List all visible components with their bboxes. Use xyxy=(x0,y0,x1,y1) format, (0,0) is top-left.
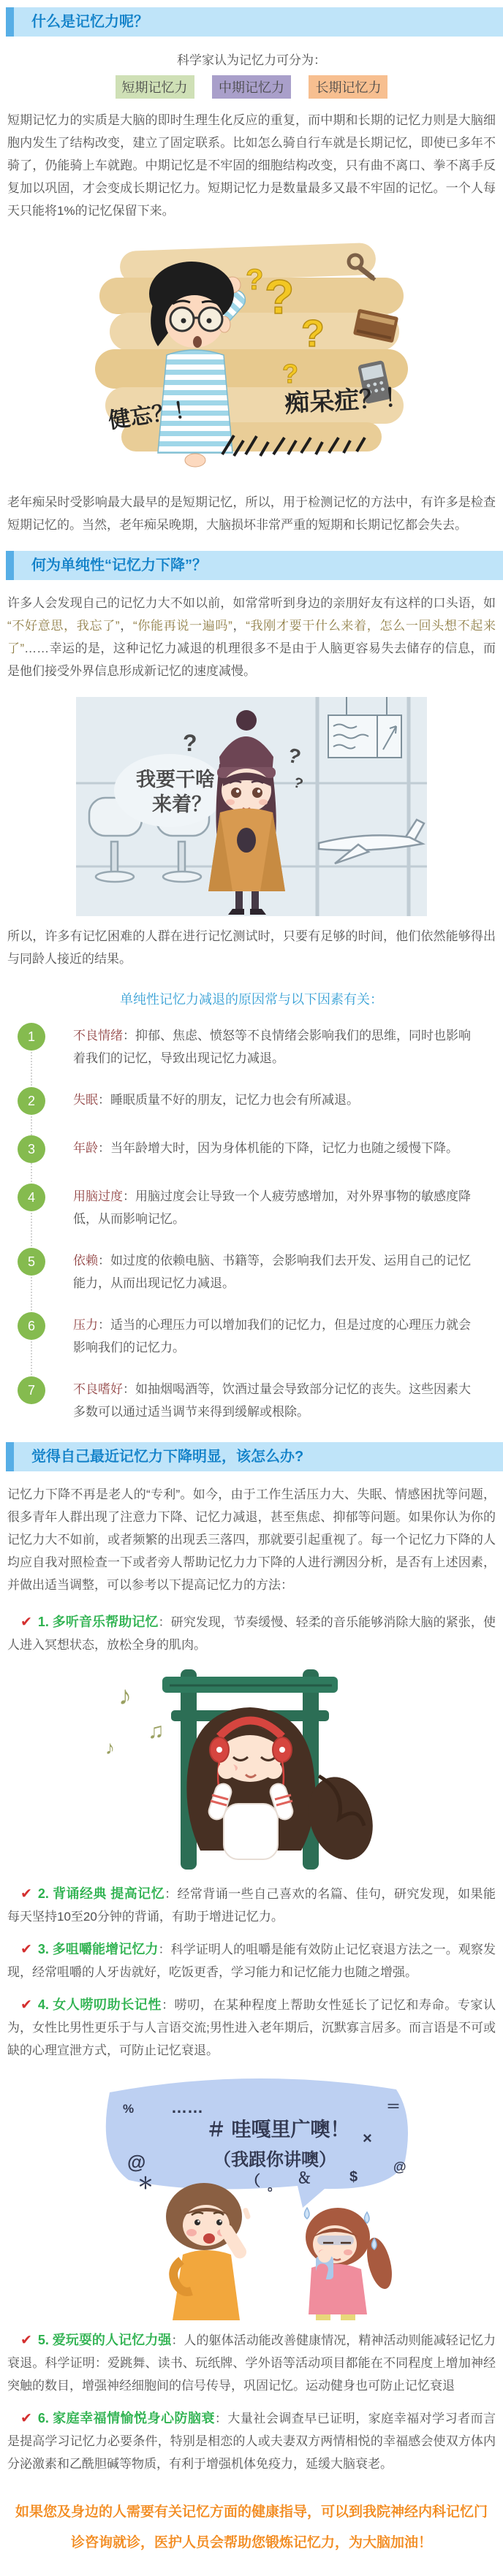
girl-figure xyxy=(186,1707,382,1868)
svg-text:?: ? xyxy=(183,730,197,756)
section-header-simple-decline: 何为单纯性“记忆力下降”？ xyxy=(6,551,503,580)
section-header-what-is-memory: 什么是记忆力呢？ xyxy=(6,7,503,37)
talking-woman xyxy=(166,2183,251,2320)
svg-text:?: ? xyxy=(246,264,263,296)
quoted-phrase: “不好意思，我忘了” xyxy=(7,619,120,633)
factor-number-badge: 4 xyxy=(18,1184,45,1211)
factor-number-badge: 6 xyxy=(18,1312,45,1340)
factor-desc: ：适当的心理压力可以增加我们的记忆力，但是过度的心理压力就会影响我们的记忆力。 xyxy=(73,1318,471,1354)
factor-item-overuse-brain: 4 用脑过度：用脑过度会让导致一个人疲劳感增加，对外界事物的敏感度降低，从而影响… xyxy=(0,1185,503,1230)
svg-text:♫: ♫ xyxy=(148,1719,164,1743)
tag-mid-term-memory: 中期记忆力 xyxy=(212,75,291,99)
tip-number: 5. xyxy=(38,2333,49,2347)
factor-desc: ：抑郁、焦虑、愤怒等不良情绪会影响我们的思维，同时也影响着我们的记忆，导致出现记… xyxy=(73,1029,471,1065)
factors-intro-text: 单纯性记忆力减退的原因常与以下因素有关： xyxy=(0,989,503,1008)
text-run: ……幸运的是，这种记忆力减退的机理很多不是由于人脑更容易失去储存的信息，而是他们… xyxy=(7,641,496,678)
tip-title: 多咀嚼能增记忆力 xyxy=(53,1942,159,1956)
checkmark-icon: ✔ xyxy=(7,1942,38,1957)
section-title: 何为单纯性“记忆力下降”？ xyxy=(31,557,503,573)
svg-text:＝: ＝ xyxy=(386,2099,401,2115)
factor-desc: ：睡眠质量不好的朋友，记忆力也会有所减退。 xyxy=(98,1093,359,1107)
illustration-listening-music: ♪ ♫ ♪ xyxy=(83,1666,420,1874)
tip-title: 多听音乐帮助记忆 xyxy=(53,1615,159,1629)
paragraph-memory-definition: 短期记忆力的实质是大脑的即时生理生化反应的重复，而中期和长期的记忆力则是大脑细胞… xyxy=(7,109,496,222)
svg-text:♪: ♪ xyxy=(105,1737,115,1758)
factor-number-badge: 3 xyxy=(18,1135,45,1163)
factor-number-badge: 7 xyxy=(18,1376,45,1404)
factor-number-badge: 5 xyxy=(18,1248,45,1276)
svg-text:（我跟你讲噢）: （我跟你讲噢） xyxy=(213,2149,336,2170)
factor-item-insomnia: 2 失眠：睡眠质量不好的朋友，记忆力也会有所减退。 xyxy=(0,1089,503,1118)
factor-desc: ：用脑过度会让导致一个人疲劳感增加，对外界事物的敏感度降低，从而影响记忆。 xyxy=(73,1189,471,1226)
svg-text:?: ? xyxy=(265,270,294,324)
svg-text:♪: ♪ xyxy=(118,1680,132,1710)
factors-list: 1 不良情绪：抑郁、焦虑、愤怒等不良情绪会影响我们的思维，同时也影响着我们的记忆… xyxy=(0,1024,503,1423)
svg-text:@: @ xyxy=(127,2151,145,2173)
tip-number: 1. xyxy=(38,1615,49,1629)
svg-text:%: % xyxy=(123,2102,134,2116)
svg-text:＃ 哇嘎里广噢！: ＃ 哇嘎里广噢！ xyxy=(206,2119,350,2141)
illustration-chatting-women: ＃ 哇嘎里广噢！ （我跟你讲噢） % @ …… ＊ ＆ $ ＝ × （ 。 @ xyxy=(83,2072,420,2320)
quoted-phrase: “你能再说一遍吗” xyxy=(133,619,232,633)
tag-short-term-memory: 短期记忆力 xyxy=(116,75,194,99)
checkmark-icon: ✔ xyxy=(7,2333,38,2348)
svg-text:。: 。 xyxy=(268,2179,281,2193)
paragraph-young-people-decline: 记忆力下降不再是老人的“专利”。如今，由于工作生活压力大、失眠、情感困扰等问题，… xyxy=(7,1483,496,1596)
factor-desc: ：当年龄增大时，因为身体机能的下降，记忆力也随之缓慢下降。 xyxy=(98,1141,458,1155)
svg-text:我要干啥: 我要干啥 xyxy=(136,768,215,790)
factor-term: 不良情绪 xyxy=(73,1029,123,1043)
text-run: ， xyxy=(120,619,133,633)
svg-text:来着？: 来着？ xyxy=(152,793,211,815)
checkmark-icon: ✔ xyxy=(7,2411,38,2426)
checkmark-icon: ✔ xyxy=(7,1615,38,1630)
listening-woman xyxy=(305,2208,397,2320)
tip-item-music: ✔1. 多听音乐帮助记忆：研究发现，节奏缓慢、轻柔的音乐能够消除大脑的紧张，使人… xyxy=(7,1611,496,1656)
svg-text:?: ? xyxy=(282,359,298,389)
tip-number: 2. xyxy=(38,1886,49,1901)
section-header-what-to-do: 觉得自己最近记忆力下降明显，该怎么办? xyxy=(6,1442,503,1471)
music-notes: ♪ ♫ ♪ xyxy=(105,1680,164,1758)
svg-text:$: $ xyxy=(349,2169,358,2185)
paragraph-memory-test: 所以，许多有记忆困难的人群在进行记忆测试时，只要有足够的时间，他们依然能够得出与… xyxy=(7,925,496,970)
checkmark-icon: ✔ xyxy=(7,1997,38,2013)
lead-text: 科学家认为记忆力可分为： xyxy=(0,50,503,68)
tip-number: 6. xyxy=(38,2411,49,2426)
tip-item-nagging: ✔4. 女人唠叨助长记性：唠叨，在某种程度上帮助女性延长了记忆和寿命。专家认为，… xyxy=(7,1994,496,2062)
section-title: 什么是记忆力呢？ xyxy=(31,14,503,30)
factor-term: 用脑过度 xyxy=(73,1189,123,1203)
paragraph-common-phrases: 许多人会发现自己的记忆力大不如以前，如常常听到身边的亲朋好友有这样的口头语，如“… xyxy=(7,592,496,682)
svg-text:@: @ xyxy=(393,2160,406,2174)
article-page: 什么是记忆力呢？ 科学家认为记忆力可分为： 短期记忆力 中期记忆力 长期记忆力 … xyxy=(0,0,503,2576)
illustration-forgetful-boy: ? ? ? ? xyxy=(69,237,434,482)
memory-type-tags: 短期记忆力 中期记忆力 长期记忆力 xyxy=(0,75,503,99)
tip-item-chewing: ✔3. 多咀嚼能增记忆力：科学证明人的咀嚼是能有效防止记忆衰退方法之一。观察发现… xyxy=(7,1938,496,1984)
checkmark-icon: ✔ xyxy=(7,1886,38,1902)
tip-title: 爱玩耍的人记忆力强 xyxy=(53,2333,172,2347)
factor-item-bad-mood: 1 不良情绪：抑郁、焦虑、愤怒等不良情绪会影响我们的思维，同时也影响着我们的记忆… xyxy=(0,1024,503,1070)
factor-term: 压力 xyxy=(73,1318,98,1332)
factor-term: 不良嗜好 xyxy=(73,1382,123,1396)
svg-text:＆: ＆ xyxy=(297,2171,311,2187)
tip-item-happy-family: ✔6. 家庭幸福情愉悦身心防脑衰：大量社会调查早已证明，家庭幸福对学习者而言是提… xyxy=(7,2407,496,2475)
speech-cloud xyxy=(114,754,225,827)
tip-number: 4. xyxy=(38,1997,49,2012)
factor-number-badge: 2 xyxy=(18,1087,45,1115)
factor-item-stress: 6 压力：适当的心理压力可以增加我们的记忆力，但是过度的心理压力就会影响我们的记… xyxy=(0,1314,503,1359)
factor-term: 年龄 xyxy=(73,1141,98,1155)
paragraph-dementia-short-term: 老年痴呆时受影响最大最早的是短期记忆，所以，用于检测记忆的方法中，有许多是检查短… xyxy=(7,491,496,536)
factor-desc: ：如过度的依赖电脑、书籍等，会影响我们去开发、运用自己的记忆能力，从而出现记忆力… xyxy=(73,1254,471,1290)
tip-title: 背诵经典 提高记忆 xyxy=(53,1886,164,1901)
tip-item-recite: ✔2. 背诵经典 提高记忆：经常背诵一些自己喜欢的名篇、佳句，研究发现，如果能每… xyxy=(7,1883,496,1928)
factor-term: 失眠 xyxy=(73,1093,98,1107)
svg-text:……: …… xyxy=(171,2098,203,2116)
text-run: 许多人会发现自己的记忆力大不如以前，如常常听到身边的亲朋好友有这样的口头语，如 xyxy=(7,596,496,610)
tip-item-playful: ✔5. 爱玩耍的人记忆力强：人的躯体活动能改善健康情况，精神活动则能减轻记忆力衰… xyxy=(7,2329,496,2397)
tip-title: 女人唠叨助长记性 xyxy=(53,1997,162,2012)
factor-item-age: 3 年龄：当年龄增大时，因为身体机能的下降，记忆力也随之缓慢下降。 xyxy=(0,1137,503,1166)
illustration-airport-forgetting: 我要干啥 来着？ ? ? ? xyxy=(76,697,427,916)
tip-number: 3. xyxy=(38,1942,49,1956)
factor-desc: ：如抽烟喝酒等，饮酒过量会导致部分记忆的丧失。这些因素大多数可以通过适当调节来得… xyxy=(73,1382,471,1419)
text-run: ， xyxy=(232,619,246,633)
svg-text:＊: ＊ xyxy=(137,2174,154,2192)
factor-item-bad-habits: 7 不良嗜好：如抽烟喝酒等，饮酒过量会导致部分记忆的丧失。这些因素大多数可以通过… xyxy=(0,1378,503,1423)
svg-text:?: ? xyxy=(301,313,325,355)
svg-text:（: （ xyxy=(246,2173,260,2190)
factor-number-badge: 1 xyxy=(18,1023,45,1051)
tag-long-term-memory: 长期记忆力 xyxy=(309,75,387,99)
factor-term: 依赖 xyxy=(73,1254,98,1268)
factor-item-dependence: 5 依赖：如过度的依赖电脑、书籍等，会影响我们去开发、运用自己的记忆能力，从而出… xyxy=(0,1249,503,1295)
footer-clinic-notice: 如果您及身边的人需要有关记忆方面的健康指导，可以到我院神经内科记忆门诊咨询就诊，… xyxy=(12,2497,491,2558)
section-title: 觉得自己最近记忆力下降明显，该怎么办? xyxy=(31,1449,503,1465)
tip-title: 家庭幸福情愉悦身心防脑衰 xyxy=(53,2411,215,2426)
svg-text:×: × xyxy=(363,2129,372,2147)
